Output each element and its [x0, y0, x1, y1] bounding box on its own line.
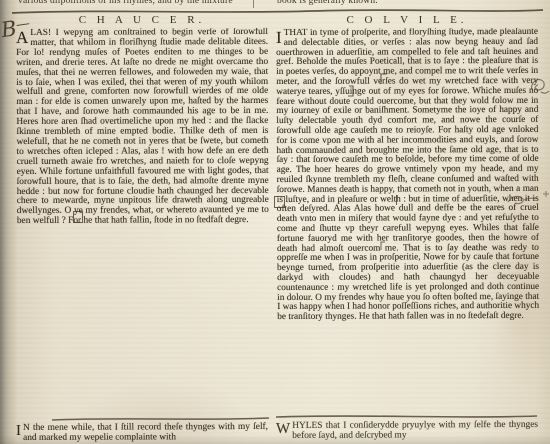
topline-right-text: book is generally known.: [277, 0, 539, 6]
column-header-chaucer: C H A U C E R.: [16, 14, 268, 27]
paper-stain: [360, 50, 470, 105]
dropcap-i: I: [276, 29, 284, 46]
ink-stroke-of: [396, 195, 397, 205]
bottom-right-text: HYLES that I conſiderydde pryuylye with …: [292, 420, 538, 441]
scanned-book-page: various diſpoſitions of his rhymes, and …: [0, 0, 550, 444]
ink-box-besolde: [274, 196, 285, 208]
handwritten-initial-dash: —: [15, 16, 29, 34]
ink-bracket-youth: [379, 241, 387, 251]
bottom-left-text: N the mene while, that I ſtill record th…: [23, 422, 268, 443]
dropcap-i-bottom: I: [16, 423, 23, 439]
column-header-colvile: C O L V I L E.: [276, 14, 538, 27]
bottom-left-paragraph: IN the mene while, that I ſtill record t…: [16, 422, 268, 444]
bottom-right-paragraph: WHYLES that I conſiderydde pryuylye with…: [276, 420, 538, 444]
topline-left: various diſpoſitions of his rhymes, and …: [18, 0, 268, 8]
column-divider-tick: [253, 0, 254, 8]
margin-scribble-upper: [528, 76, 550, 98]
dropcap-w-bottom: W: [276, 421, 292, 437]
chaucer-paragraph: LAS! I wepyng am conſtrained to begin ve…: [16, 28, 269, 226]
chaucer-column-text: ALAS! I wepyng am conſtrained to begin v…: [16, 28, 269, 279]
margin-scribble-mid: [506, 190, 550, 210]
topline-left-text: various diſpoſitions of his rhymes, and …: [18, 0, 268, 6]
topline-right: book is generally known.: [277, 0, 539, 8]
ink-box-cloudie: [73, 211, 83, 223]
ink-bracket-close: [347, 85, 355, 97]
